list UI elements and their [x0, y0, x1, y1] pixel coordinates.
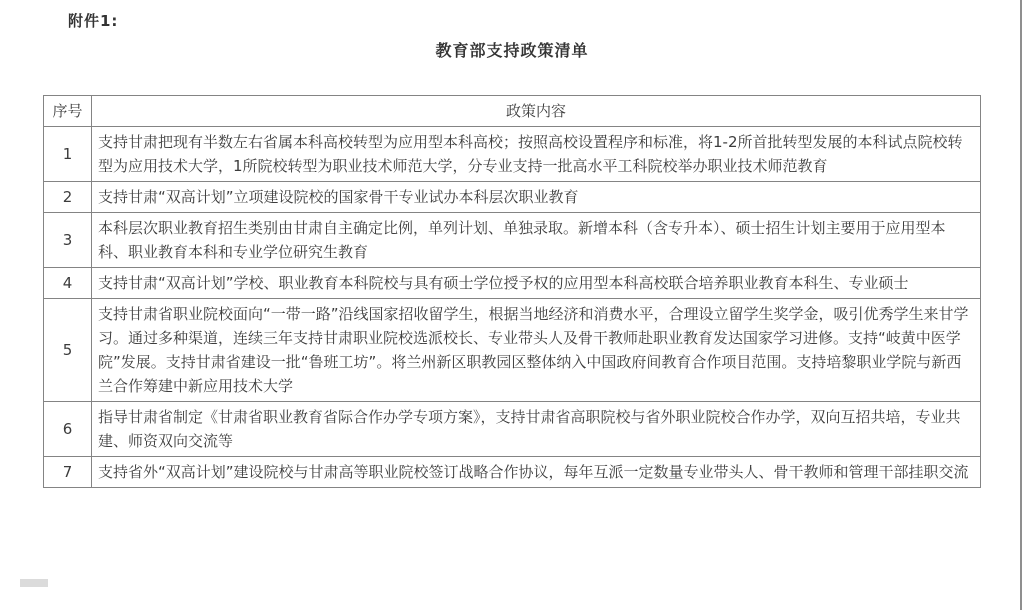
row-number-cell: 1 [44, 127, 92, 182]
table-row: 3 本科层次职业教育招生类别由甘肃自主确定比例，单列计划、单独录取。新增本科（含… [44, 213, 981, 268]
page-edge-artifact [20, 579, 48, 587]
window-edge-bar [1020, 0, 1022, 610]
table-row: 7 支持省外“双高计划”建设院校与甘肃高等职业院校签订战略合作协议，每年互派一定… [44, 457, 981, 488]
row-number-cell: 6 [44, 402, 92, 457]
policy-content-cell: 支持甘肃把现有半数左右省属本科高校转型为应用型本科高校；按照高校设置程序和标准，… [92, 127, 981, 182]
table-row: 6 指导甘肃省制定《甘肃省职业教育省际合作办学专项方案》，支持甘肃省高职院校与省… [44, 402, 981, 457]
attachment-label: 附件1: [68, 10, 118, 31]
policy-content-cell: 指导甘肃省制定《甘肃省职业教育省际合作办学专项方案》，支持甘肃省高职院校与省外职… [92, 402, 981, 457]
table-row: 5 支持甘肃省职业院校面向“一带一路”沿线国家招收留学生，根据当地经济和消费水平… [44, 299, 981, 402]
policy-content-cell: 支持省外“双高计划”建设院校与甘肃高等职业院校签订战略合作协议，每年互派一定数量… [92, 457, 981, 488]
policy-content-cell: 本科层次职业教育招生类别由甘肃自主确定比例，单列计划、单独录取。新增本科（含专升… [92, 213, 981, 268]
row-number-cell: 4 [44, 268, 92, 299]
row-number-cell: 5 [44, 299, 92, 402]
page-title: 教育部支持政策清单 [0, 38, 1024, 61]
row-number-cell: 7 [44, 457, 92, 488]
table-header-row: 序号 政策内容 [44, 96, 981, 127]
column-header-policy-content: 政策内容 [92, 96, 981, 127]
row-number-cell: 2 [44, 182, 92, 213]
table-row: 1 支持甘肃把现有半数左右省属本科高校转型为应用型本科高校；按照高校设置程序和标… [44, 127, 981, 182]
table-row: 4 支持甘肃“双高计划”学校、职业教育本科院校与具有硕士学位授予权的应用型本科高… [44, 268, 981, 299]
policy-content-cell: 支持甘肃“双高计划”学校、职业教育本科院校与具有硕士学位授予权的应用型本科高校联… [92, 268, 981, 299]
column-header-number: 序号 [44, 96, 92, 127]
policy-content-cell: 支持甘肃省职业院校面向“一带一路”沿线国家招收留学生，根据当地经济和消费水平，合… [92, 299, 981, 402]
row-number-cell: 3 [44, 213, 92, 268]
policy-content-cell: 支持甘肃“双高计划”立项建设院校的国家骨干专业试办本科层次职业教育 [92, 182, 981, 213]
table-row: 2 支持甘肃“双高计划”立项建设院校的国家骨干专业试办本科层次职业教育 [44, 182, 981, 213]
policy-table: 序号 政策内容 1 支持甘肃把现有半数左右省属本科高校转型为应用型本科高校；按照… [43, 95, 981, 488]
